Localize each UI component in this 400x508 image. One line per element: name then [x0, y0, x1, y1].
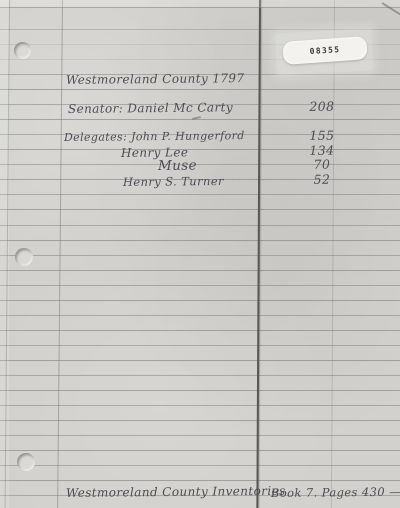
ruled-line — [0, 405, 400, 406]
ruled-line — [0, 420, 400, 421]
ruled-line — [0, 390, 400, 391]
entry-name-delegate-muse: Muse — [158, 159, 197, 173]
hole-punch-middle — [15, 248, 33, 266]
ruled-line — [0, 360, 400, 361]
entry-name-delegate-turner: Henry S. Turner — [123, 174, 224, 189]
entry-name-senator: Senator: Daniel Mc Carty — [68, 100, 233, 116]
ruled-line — [0, 465, 400, 466]
ruled-line — [0, 480, 400, 481]
hole-punch-top — [14, 42, 31, 59]
entry-name-delegate-hungerford: Delegates: John P. Hungerford — [64, 129, 245, 145]
heading: Westmoreland County 1797 — [66, 71, 245, 87]
sticker-number: 08355 — [309, 45, 340, 56]
ruled-line — [0, 450, 400, 451]
ruled-line — [0, 435, 400, 436]
footer-title: Westmoreland County Inventories — [66, 484, 286, 500]
footer-reference: Book 7. Pages 430 — — [271, 485, 400, 500]
hole-punch-bottom — [17, 453, 35, 471]
entry-votes-delegate-muse: 70 — [300, 158, 344, 172]
entry-votes-delegate-hungerford: 155 — [300, 129, 344, 143]
ruled-line — [0, 89, 400, 90]
document-page: 08355 Westmoreland County 1797 Senator: … — [0, 0, 400, 508]
entry-votes-senator: 208 — [300, 100, 344, 114]
ruled-line — [0, 375, 400, 376]
ruled-line — [0, 330, 400, 331]
ruled-line — [0, 345, 400, 346]
entry-votes-delegate-turner: 52 — [300, 173, 344, 187]
page-edge-top — [0, 0, 400, 8]
ruled-line — [0, 315, 400, 316]
